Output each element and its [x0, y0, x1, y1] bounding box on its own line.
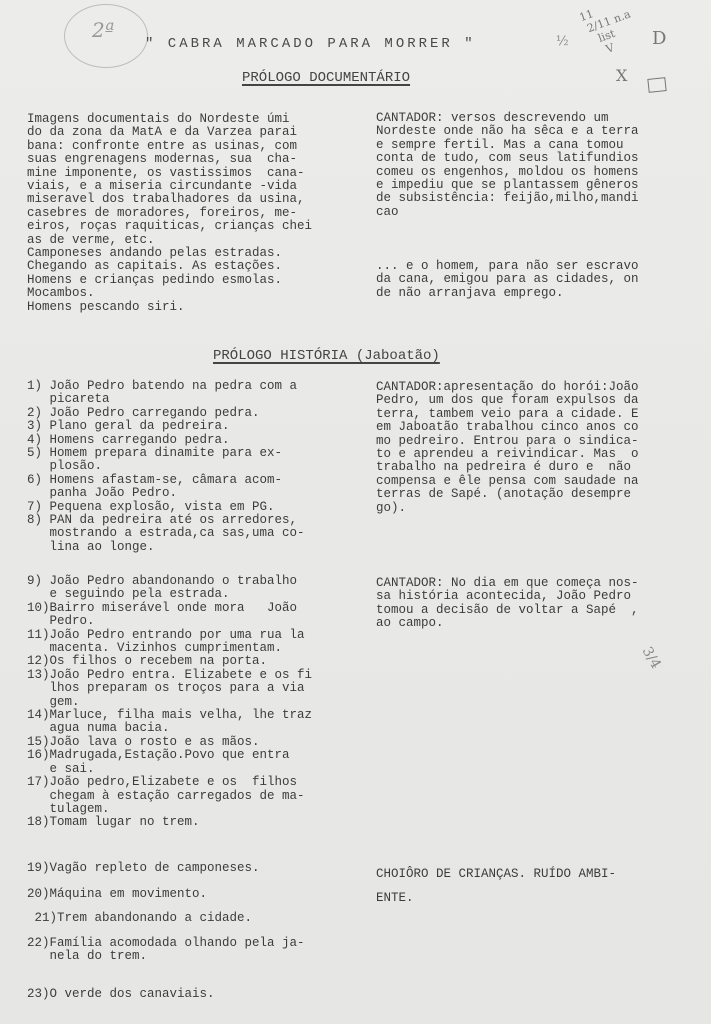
scene-line: 5) Homem prepara dinamite para ex- — [27, 447, 305, 460]
text-line: conta de tudo, com seus latifundios — [376, 152, 639, 165]
scene-line: 13)João Pedro entra. Elizabete e os fi — [27, 669, 312, 682]
scene-23: 23)O verde dos canaviais. — [27, 988, 215, 1001]
scene-21: 21)Trem abandonando a cidade. — [27, 912, 252, 925]
scene-22: 22)Família acomodada olhando pela ja- ne… — [27, 937, 305, 964]
document-page: 2ª ½ 11 2/11 n.a list V D X 3/4 " CABRA … — [0, 0, 711, 1024]
text-line: CANTADOR: No dia em que começa nos- — [376, 577, 639, 590]
section-heading-historia: PRÓLOGO HISTÓRIA (Jaboatão) — [213, 348, 440, 364]
scene-line: picareta — [27, 393, 305, 406]
scene-line: 14)Marluce, filha mais velha, lhe traz — [27, 709, 312, 722]
scene-line: 1) João Pedro batendo na pedra com a — [27, 380, 305, 393]
scene-line: agua numa bacia. — [27, 722, 312, 735]
section1-right-text-a: CANTADOR: versos descrevendo umNordeste … — [376, 112, 639, 219]
scene-line: e seguindo pela estrada. — [27, 588, 312, 601]
top-right-d-mark: D — [652, 28, 666, 49]
scene-line: e sai. — [27, 763, 312, 776]
scene-line: 15)João lava o rosto e as mãos. — [27, 736, 312, 749]
scene-line: 2) João Pedro carregando pedra. — [27, 407, 305, 420]
text-line: do da zona da MatA e da Varzea parai — [27, 126, 312, 139]
text-line: terra, tambem veio para a cidade. E — [376, 408, 639, 421]
text-line: Homens pescando siri. — [27, 301, 312, 314]
text-line: de não arranjava emprego. — [376, 287, 639, 300]
text-line: ENTE. — [376, 886, 616, 910]
text-line: em Jaboatão trabalhou cinco anos co — [376, 421, 639, 434]
sound-note: CHOIÔRO DE CRIANÇAS. RUÍDO AMBI-ENTE. — [376, 862, 616, 910]
text-line: Imagens documentais do Nordeste úmi — [27, 113, 312, 126]
text-line: comeu os engenhos, moldou os homens — [376, 166, 639, 179]
cantador-decisao: CANTADOR: No dia em que começa nos-sa hi… — [376, 577, 639, 631]
text-line: trabalho na pedreira é duro e não — [376, 461, 639, 474]
text-line: CANTADOR: versos descrevendo um — [376, 112, 639, 125]
scene-line: gem. — [27, 696, 312, 709]
text-line: tomou a decisão de voltar a Sapé , — [376, 604, 639, 617]
text-line: da cana, emigou para as cidades, on — [376, 273, 639, 286]
scene-20: 20)Máquina em movimento. — [27, 888, 207, 901]
text-line: Camponeses andando pelas estradas. — [27, 247, 312, 260]
text-line: de subsistência: feijão,milho,mandi — [376, 192, 639, 205]
top-right-x-mark: X — [616, 66, 627, 85]
text-line: miseravel dos trabalhadores da usina, — [27, 193, 312, 206]
scene-line: tulagem. — [27, 803, 312, 816]
side-number-annotation: 3/4 — [639, 644, 664, 672]
text-line: suas engrenagens modernas, sua cha- — [27, 153, 312, 166]
circled-number-annotation: 2ª — [92, 18, 114, 42]
text-line: CHOIÔRO DE CRIANÇAS. RUÍDO AMBI- — [376, 862, 616, 886]
box-mark-icon — [647, 77, 666, 93]
top-right-scribble: 11 2/11 n.a list V — [578, 0, 642, 61]
scene-line: 16)Madrugada,Estação.Povo que entra — [27, 749, 312, 762]
scene-line: 11)João Pedro entrando por uma rua la — [27, 629, 312, 642]
text-line: cao — [376, 206, 639, 219]
text-line: sa história acontecida, João Pedro — [376, 590, 639, 603]
cantador-apresentacao: CANTADOR:apresentação do horói:JoãoPedro… — [376, 381, 639, 515]
text-line: compensa e êle pensa com saudade na — [376, 475, 639, 488]
text-line: CANTADOR:apresentação do horói:João — [376, 381, 639, 394]
text-line: eiros, roças raquiticas, crianças chei — [27, 220, 312, 233]
text-line: go). — [376, 502, 639, 515]
scene-line: mostrando a estrada,ca sas,uma co- — [27, 527, 305, 540]
scene-line: 3) Plano geral da pedreira. — [27, 420, 305, 433]
scene-line: nela do trem. — [27, 950, 305, 963]
text-line: e sempre fertil. Mas a cana tomou — [376, 139, 639, 152]
text-line: to e aprendeu a reivindicar. Mas o — [376, 448, 639, 461]
scene-line: 12)Os filhos o recebem na porta. — [27, 655, 312, 668]
scene-line: Pedro. — [27, 615, 312, 628]
document-title: " CABRA MARCADO PARA MORRER " — [145, 36, 575, 52]
scene-line: 9) João Pedro abandonando o trabalho — [27, 575, 312, 588]
section1-left-text: Imagens documentais do Nordeste úmido da… — [27, 113, 312, 314]
scene-line: chegam à estação carregados de ma- — [27, 790, 312, 803]
scene-line: 7) Pequena explosão, vista em PG. — [27, 501, 305, 514]
text-line: bana: confronte entre as usinas, com — [27, 140, 312, 153]
text-line: mo pedreiro. Entrou para o sindica- — [376, 435, 639, 448]
section-heading-documentario: PRÓLOGO DOCUMENTÁRIO — [242, 70, 410, 86]
text-line: Chegando as capitais. As estações. — [27, 260, 312, 273]
scene-list-b: 9) João Pedro abandonando o trabalho e s… — [27, 575, 312, 830]
scene-line: 8) PAN da pedreira até os arredores, — [27, 514, 305, 527]
scene-list-a: 1) João Pedro batendo na pedra com a pic… — [27, 380, 305, 554]
text-line: e impediu que se plantassem gêneros — [376, 179, 639, 192]
scene-line: panha João Pedro. — [27, 487, 305, 500]
scene-line: 18)Tomam lugar no trem. — [27, 816, 312, 829]
scene-line: plosão. — [27, 460, 305, 473]
scene-line: 17)João pedro,Elizabete e os filhos — [27, 776, 312, 789]
text-line: ao campo. — [376, 617, 639, 630]
text-line: terras de Sapé. (anotação desempre — [376, 488, 639, 501]
text-line: as de verme, etc. — [27, 234, 312, 247]
text-line: Pedro, um dos que foram expulsos da — [376, 394, 639, 407]
scene-19: 19)Vagão repleto de camponeses. — [27, 862, 260, 875]
scene-line: lhos preparam os troços para a via — [27, 682, 312, 695]
scene-line: lina ao longe. — [27, 541, 305, 554]
text-line: viais, e a miseria circundante -vida — [27, 180, 312, 193]
text-line: casebres de moradores, foreiros, me- — [27, 207, 312, 220]
text-line: ... e o homem, para não ser escravo — [376, 260, 639, 273]
scene-line: 6) Homens afastam-se, câmara acom- — [27, 474, 305, 487]
scene-line: 4) Homens carregando pedra. — [27, 434, 305, 447]
section1-right-text-b: ... e o homem, para não ser escravoda ca… — [376, 260, 639, 300]
scene-line: macenta. Vizinhos cumprimentam. — [27, 642, 312, 655]
scene-line: 22)Família acomodada olhando pela ja- — [27, 937, 305, 950]
text-line: mine imponente, os vastissimos cana- — [27, 167, 312, 180]
text-line: Nordeste onde não ha sêca e a terra — [376, 125, 639, 138]
scene-line: 10)Bairro miserável onde mora João — [27, 602, 312, 615]
text-line: Homens e crianças pedindo esmolas. — [27, 274, 312, 287]
text-line: Mocambos. — [27, 287, 312, 300]
